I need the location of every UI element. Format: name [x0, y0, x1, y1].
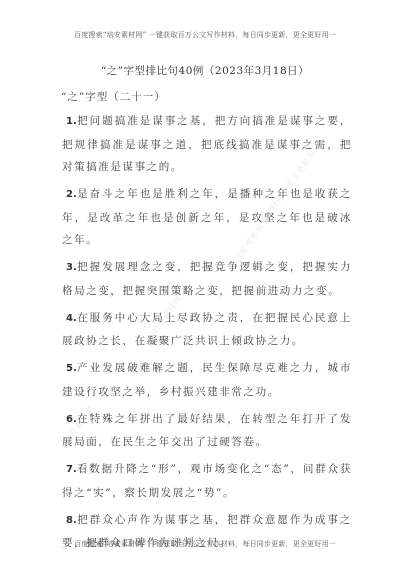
document-title: “之”字型排比句40例（2023年3月18日） — [0, 63, 410, 78]
paragraph-number: 8. — [66, 515, 77, 526]
paragraph-1: 1.把问题搞准是谋事之基，把方向搞准是谋事之要，把规律搞准是谋事之道，把底线搞准… — [62, 110, 352, 179]
footer-banner: 百度搜索“培安素材网” 一键获取百万公文写作材料，每日同步更新，更全更好用一 — [0, 539, 410, 549]
paragraph-4: 4.在服务中心大局上尽政协之责，在把握民心民意上展政协之长，在凝聚广泛共识上倾政… — [62, 307, 352, 353]
paragraph-number: 2. — [66, 189, 77, 200]
paragraph-number: 5. — [66, 363, 77, 374]
paragraph-text: 看数据升降之“形”，观市场变化之“态”，问群众获得之“实”，察长期发展之“势”。 — [62, 463, 352, 499]
paragraph-text: 在服务中心大局上尽政协之责，在把握民心民意上展政协之长，在凝聚广泛共识上倾政协之… — [62, 312, 352, 348]
paragraph-number: 4. — [66, 313, 77, 324]
paragraph-text: 在特殊之年拼出了最好结果，在转型之年打开了发展局面，在民生之年交出了过硬答卷。 — [62, 413, 352, 449]
paragraph-2: 2.是奋斗之年也是胜利之年，是播种之年也是收获之年，是改革之年也是创新之年，是攻… — [62, 183, 352, 252]
paragraph-6: 6.在特殊之年拼出了最好结果，在转型之年打开了发展局面，在民生之年交出了过硬答卷… — [62, 408, 352, 454]
paragraph-number: 6. — [66, 414, 77, 425]
paragraph-text: 是奋斗之年也是胜利之年，是播种之年也是收获之年，是改革之年也是创新之年，是攻坚之… — [62, 188, 352, 246]
paragraph-3: 3.把握发展理念之变，把握竞争逻辑之变，把握实力格局之变，把握突围策略之变，把握… — [62, 256, 352, 302]
paragraph-number: 7. — [66, 464, 77, 475]
paragraph-7: 7.看数据升降之“形”，观市场变化之“态”，问群众获得之“实”，察长期发展之“势… — [62, 458, 352, 504]
paragraph-text: 把问题搞准是谋事之基，把方向搞准是谋事之要，把规律搞准是谋事之道，把底线搞准是谋… — [62, 115, 352, 173]
paragraph-text: 把握发展理念之变，把握竞争逻辑之变，把握实力格局之变，把握突围策略之变，把握前进… — [62, 261, 352, 297]
paragraph-number: 1. — [66, 116, 77, 127]
document-body: 1.把问题搞准是谋事之基，把方向搞准是谋事之要，把规律搞准是谋事之道，把底线搞准… — [62, 110, 352, 559]
paragraph-number: 3. — [66, 262, 77, 273]
paragraph-5: 5.产业发展破难解之题，民生保障尽克难之力，城市建设行攻坚之举，乡村振兴建非常之… — [62, 357, 352, 403]
header-banner: 百度搜索“培安素材网” 一键获取百万公文写作材料，每日同步更新，更全更好用一 — [0, 30, 410, 40]
section-heading: “之”字型（二十一） — [61, 89, 166, 104]
paragraph-text: 产业发展破难解之题，民生保障尽克难之力，城市建设行攻坚之举，乡村振兴建非常之功。 — [62, 362, 352, 398]
